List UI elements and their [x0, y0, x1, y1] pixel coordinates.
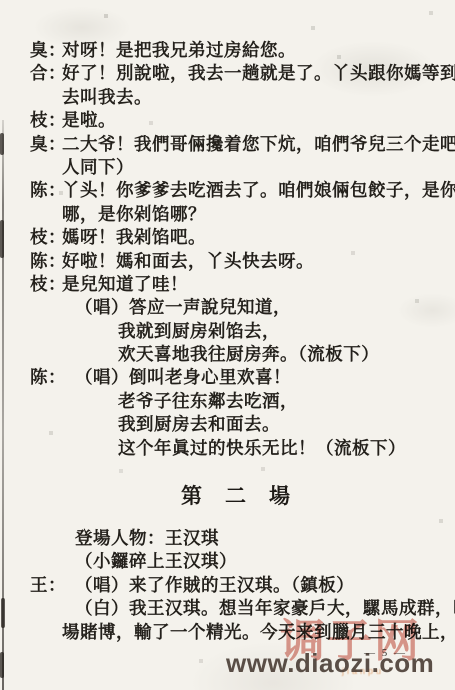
speaker-label: 王： [30, 574, 66, 597]
line-text: 欢天喜地我往厨房奔。（流板下） [118, 344, 379, 364]
binding-mark [1, 598, 5, 628]
script-line: 王：（唱）来了作賊的王汉琪。（鎮板） [30, 574, 442, 597]
line-text: 老爷子往东鄰去吃酒， [118, 391, 298, 411]
script-line: 哪，是你剁馅哪？ [30, 203, 442, 226]
binding-mark [0, 220, 4, 258]
script-line: 人同下） [30, 156, 442, 179]
script-line: 我到厨房去和面去。 [30, 413, 442, 436]
line-text: （唱）答应一声說兒知道， [75, 297, 291, 317]
line-text: 丫头！你爹爹去吃酒去了。咱們娘倆包餃子，是你和面 [62, 180, 455, 200]
script-line: （唱）答应一声說兒知道， [30, 296, 442, 319]
line-text: 好啦！媽和面去，丫头快去呀。 [62, 251, 314, 271]
script-line: 我就到厨房剁馅去， [30, 320, 442, 343]
line-text: 是兒知道了哇！ [62, 274, 188, 294]
script-line: 陈：（唱）倒叫老身心里欢喜！ [30, 366, 442, 389]
script-line: 陈：丫头！你爹爹去吃酒去了。咱們娘倆包餃子，是你和面 [30, 179, 442, 202]
script-line: 这个年眞过的快乐无比！（流板下） [30, 437, 442, 460]
script-line: 陈：好啦！媽和面去，丫头快去呀。 [30, 250, 442, 273]
script-line: （小鑼碎上王汉琪） [30, 550, 442, 573]
line-text: 哪，是你剁馅哪？ [62, 204, 206, 224]
speaker-label: 臭： [30, 39, 66, 62]
line-text: 对呀！是把我兄弟过房給您。 [62, 40, 296, 60]
script-line: 枝：是啦。 [30, 109, 442, 132]
line-text: 人同下） [62, 157, 134, 177]
script-text-block: 臭：对呀！是把我兄弟过房給您。合：好了！別說啦，我去一趟就是了。丫头跟你媽等到接… [30, 39, 442, 644]
line-text: 媽呀！我剁馅吧。 [62, 227, 206, 247]
line-text: 王汉琪 [165, 528, 219, 548]
scene1-dialogue: 臭：对呀！是把我兄弟过房給您。合：好了！別說啦，我去一趟就是了。丫头跟你媽等到接… [30, 39, 442, 460]
line-text: 是啦。 [62, 110, 116, 130]
line-text: （唱）倒叫老身心里欢喜！ [75, 367, 291, 387]
speaker-label: 合： [30, 62, 66, 85]
line-text: 二大爷！我們哥倆攙着您下炕，咱們爷兒三个走吧。（三 [62, 134, 455, 154]
binding-mark [0, 652, 4, 678]
script-line: 臭：二大爷！我們哥倆攙着您下炕，咱們爷兒三个走吧。（三 [30, 133, 442, 156]
speaker-label: 陈： [30, 179, 66, 202]
speaker-label: 枝： [30, 109, 66, 132]
speaker-label: 陈： [30, 250, 66, 273]
script-line: 合：好了！別說啦，我去一趟就是了。丫头跟你媽等到接神 [30, 62, 442, 85]
speaker-label: 臭： [30, 133, 66, 156]
script-line: 登場人物：王汉琪 [30, 527, 442, 550]
line-text: 我就到厨房剁馅去， [118, 321, 280, 341]
binding-mark [0, 133, 4, 155]
script-line: 欢天喜地我往厨房奔。（流板下） [30, 343, 442, 366]
script-line: 枝：是兒知道了哇！ [30, 273, 442, 296]
script-line: 臭：对呀！是把我兄弟过房給您。 [30, 39, 442, 62]
line-text: 好了！別說啦，我去一趟就是了。丫头跟你媽等到接神 [62, 63, 455, 83]
line-text: 我到厨房去和面去。 [118, 414, 280, 434]
watermark-site-url: www.diaozi.com [226, 648, 434, 679]
speaker-label: 枝： [30, 226, 66, 249]
line-text: （唱）来了作賊的王汉琪。（鎮板） [75, 575, 354, 595]
scene-heading: 第 二 場 [30, 485, 442, 512]
script-line: 老爷子往东鄰去吃酒， [30, 390, 442, 413]
script-line: 枝：媽呀！我剁馅吧。 [30, 226, 442, 249]
line-text: （小鑼碎上王汉琪） [75, 551, 237, 571]
scanned-script-page: 臭：对呀！是把我兄弟过房給您。合：好了！別說啦，我去一趟就是了。丫头跟你媽等到接… [0, 0, 455, 690]
speaker-label: 枝： [30, 273, 66, 296]
script-line: 去叫我去。 [30, 86, 442, 109]
line-text: 去叫我去。 [62, 87, 152, 107]
speaker-label: 陈： [30, 366, 66, 389]
cast-list-label: 登場人物： [75, 528, 165, 548]
scan-noise [0, 0, 2, 2]
line-text: 这个年眞过的快乐无比！（流板下） [118, 438, 406, 458]
